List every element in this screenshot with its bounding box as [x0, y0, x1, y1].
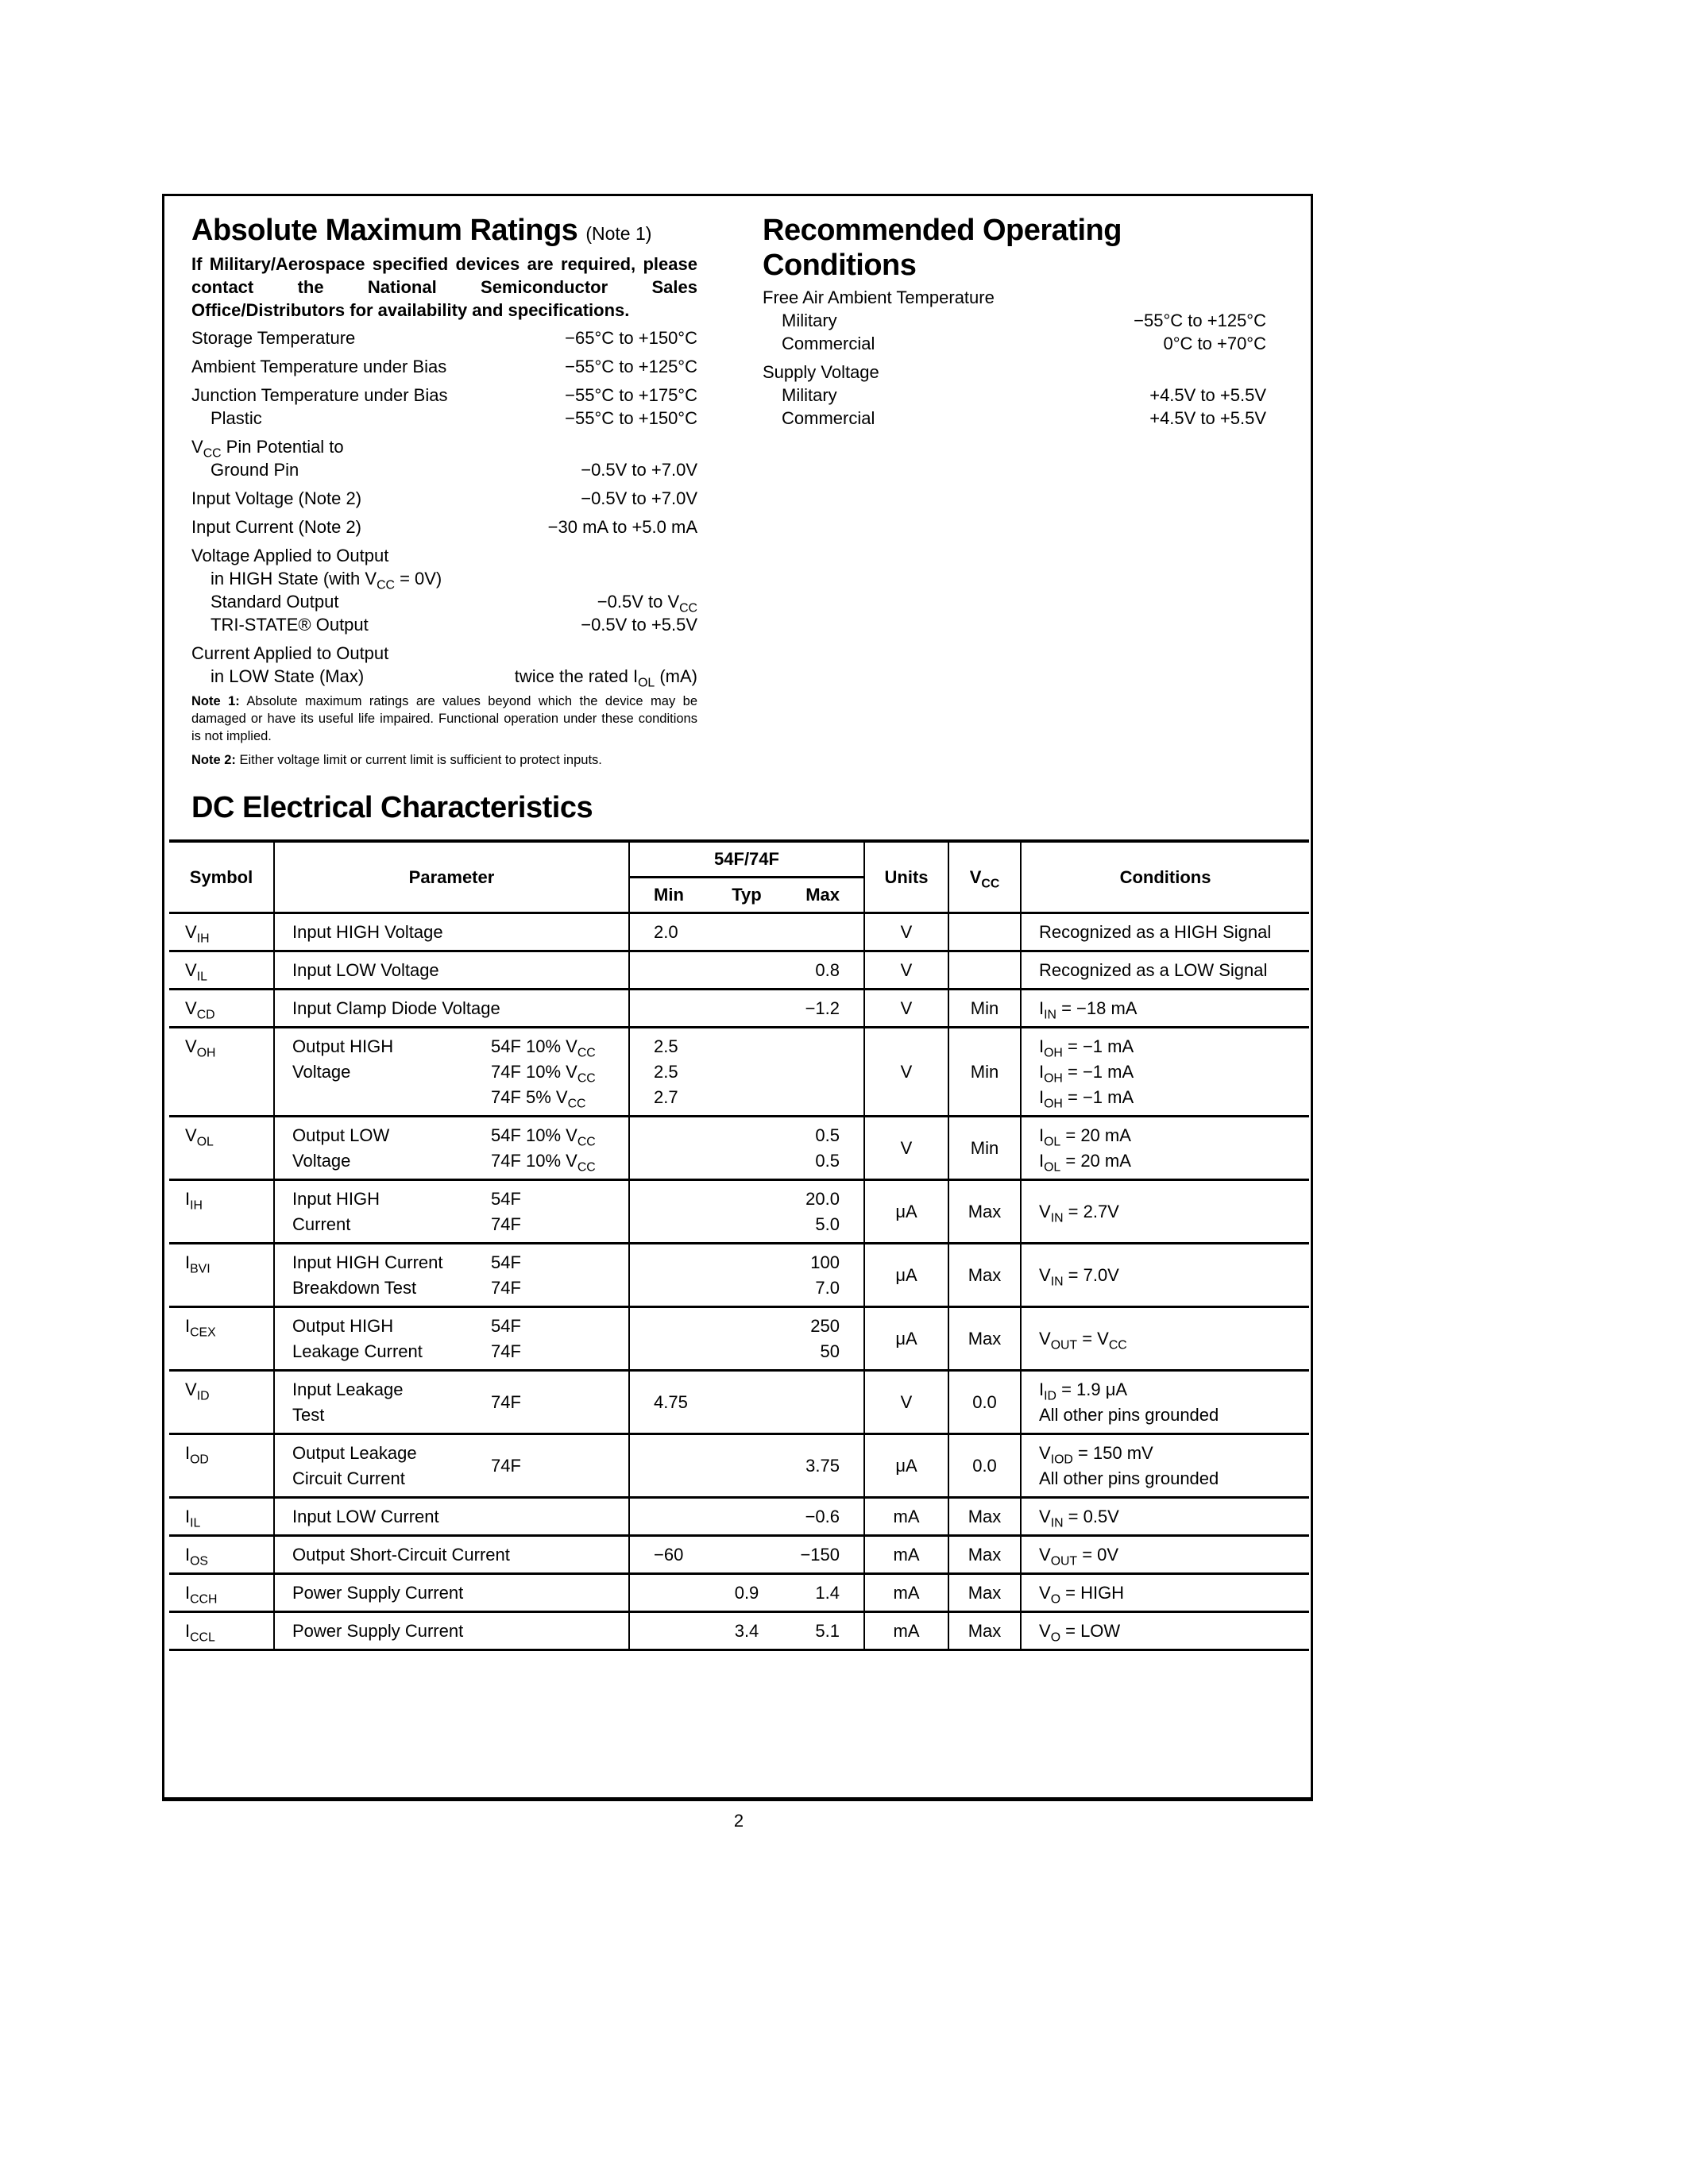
parameter-cell: Output HIGH54F 10% VCCVoltage74F 10% VCC…: [274, 1028, 629, 1117]
conditions-cell: VIOD = 150 mVAll other pins grounded: [1021, 1434, 1309, 1498]
units-cell: μA: [864, 1180, 948, 1244]
rating-label: Ground Pin: [211, 458, 299, 481]
min-typ-max-cell: 2.52.52.7: [629, 1028, 864, 1117]
table-row: VIHInput HIGH Voltage2.0VRecognized as a…: [169, 913, 1309, 951]
note-1: Note 1: Absolute maximum ratings are val…: [191, 693, 697, 745]
header-54f74f: 54F/74F: [629, 841, 864, 878]
vcc-cell: Max: [948, 1244, 1021, 1307]
header-units: Units: [864, 841, 948, 913]
conditions-cell: IIN = −18 mA: [1021, 990, 1309, 1028]
condition-value: −55°C to +125°C: [1134, 309, 1266, 332]
rating-label: in HIGH State (with VCC = 0V): [211, 567, 442, 590]
rating-value: −0.5V to +5.5V: [581, 613, 697, 636]
rating-row: Storage Temperature−65°C to +150°C: [191, 326, 697, 349]
vcc-cell: [948, 951, 1021, 990]
vcc-cell: Max: [948, 1574, 1021, 1612]
table-row: VOLOutput LOW54F 10% VCCVoltage74F 10% V…: [169, 1117, 1309, 1180]
rating-value: −30 mA to +5.0 mA: [548, 515, 697, 538]
condition-label: Commercial: [782, 407, 875, 430]
vcc-cell: Max: [948, 1498, 1021, 1536]
rating-row: TRI-STATE® Output−0.5V to +5.5V: [191, 613, 697, 636]
parameter-cell: Input LeakageTest74F: [274, 1371, 629, 1434]
units-cell: mA: [864, 1612, 948, 1650]
min-typ-max-cell: 20.05.0: [629, 1180, 864, 1244]
symbol-cell: VID: [169, 1371, 274, 1434]
rating-label: Input Voltage (Note 2): [191, 487, 361, 510]
vcc-cell: Max: [948, 1180, 1021, 1244]
rating-row: VCC Pin Potential to: [191, 435, 697, 458]
rating-label: Ambient Temperature under Bias: [191, 355, 446, 378]
parameter-cell: Input HIGH Current54FBreakdown Test74F: [274, 1244, 629, 1307]
table-row: IIHInput HIGH54FCurrent74F20.05.0μAMaxVI…: [169, 1180, 1309, 1244]
rating-label: Plastic: [211, 407, 262, 430]
min-typ-max-cell: −1.2: [629, 990, 864, 1028]
condition-label: Commercial: [782, 332, 875, 355]
symbol-cell: VOL: [169, 1117, 274, 1180]
parameter-cell: Output LeakageCircuit Current74F: [274, 1434, 629, 1498]
min-typ-max-cell: 0.50.5: [629, 1117, 864, 1180]
condition-row: Supply Voltage: [763, 361, 1266, 384]
rating-row: Voltage Applied to Output: [191, 544, 697, 567]
units-cell: mA: [864, 1536, 948, 1574]
absolute-max-ratings-list: Storage Temperature−65°C to +150°CAmbien…: [191, 326, 697, 688]
conditions-cell: VO = LOW: [1021, 1612, 1309, 1650]
rating-value: −55°C to +125°C: [565, 355, 697, 378]
rating-row: Input Voltage (Note 2)−0.5V to +7.0V: [191, 487, 697, 510]
conditions-cell: IOH = −1 mAIOH = −1 mAIOH = −1 mA: [1021, 1028, 1309, 1117]
rating-row: Input Current (Note 2)−30 mA to +5.0 mA: [191, 515, 697, 538]
min-typ-max-cell: −0.6: [629, 1498, 864, 1536]
vcc-cell: 0.0: [948, 1434, 1021, 1498]
header-vcc: VCC: [948, 841, 1021, 913]
min-typ-max-cell: 1007.0: [629, 1244, 864, 1307]
parameter-cell: Input HIGH54FCurrent74F: [274, 1180, 629, 1244]
min-typ-max-cell: 0.8: [629, 951, 864, 990]
vcc-cell: Max: [948, 1612, 1021, 1650]
min-typ-max-cell: 25050: [629, 1307, 864, 1371]
rating-label: Input Current (Note 2): [191, 515, 361, 538]
absolute-max-section: Absolute Maximum Ratings (Note 1) If Mil…: [191, 213, 697, 769]
units-cell: V: [864, 990, 948, 1028]
rating-row: Current Applied to Output: [191, 642, 697, 665]
rating-label: Junction Temperature under Bias: [191, 384, 447, 407]
rating-label: in LOW State (Max): [211, 665, 364, 688]
rating-label: Standard Output: [211, 590, 338, 613]
condition-row: Free Air Ambient Temperature: [763, 286, 1266, 309]
units-cell: V: [864, 1117, 948, 1180]
table-row: IILInput LOW Current−0.6mAMaxVIN = 0.5V: [169, 1498, 1309, 1536]
conditions-cell: Recognized as a HIGH Signal: [1021, 913, 1309, 951]
conditions-cell: IOL = 20 mAIOL = 20 mA: [1021, 1117, 1309, 1180]
rating-row: Plastic−55°C to +150°C: [191, 407, 697, 430]
conditions-cell: VIN = 7.0V: [1021, 1244, 1309, 1307]
symbol-cell: VIH: [169, 913, 274, 951]
min-typ-max-cell: 4.75: [629, 1371, 864, 1434]
table-row: IODOutput LeakageCircuit Current74F3.75μ…: [169, 1434, 1309, 1498]
symbol-cell: VIL: [169, 951, 274, 990]
condition-row: Commercial0°C to +70°C: [763, 332, 1266, 355]
condition-row: Military+4.5V to +5.5V: [763, 384, 1266, 407]
conditions-cell: VIN = 0.5V: [1021, 1498, 1309, 1536]
units-cell: mA: [864, 1498, 948, 1536]
units-cell: μA: [864, 1434, 948, 1498]
table-row: ICCLPower Supply Current3.45.1mAMaxVO = …: [169, 1612, 1309, 1650]
vcc-cell: Max: [948, 1536, 1021, 1574]
condition-label: Military: [782, 384, 837, 407]
table-row: VCDInput Clamp Diode Voltage−1.2VMinIIN …: [169, 990, 1309, 1028]
parameter-cell: Output LOW54F 10% VCCVoltage74F 10% VCC: [274, 1117, 629, 1180]
rating-label: Current Applied to Output: [191, 642, 388, 665]
parameter-cell: Input LOW Current: [274, 1498, 629, 1536]
condition-row: Commercial+4.5V to +5.5V: [763, 407, 1266, 430]
table-row: IBVIInput HIGH Current54FBreakdown Test7…: [169, 1244, 1309, 1307]
page-number: 2: [0, 1811, 1477, 1831]
conditions-cell: VOUT = VCC: [1021, 1307, 1309, 1371]
symbol-cell: IIH: [169, 1180, 274, 1244]
vcc-cell: Min: [948, 990, 1021, 1028]
header-conditions: Conditions: [1021, 841, 1309, 913]
min-typ-max-cell: −60−150: [629, 1536, 864, 1574]
table-row: ICCHPower Supply Current0.91.4mAMaxVO = …: [169, 1574, 1309, 1612]
title-note: (Note 1): [585, 223, 651, 244]
condition-value: +4.5V to +5.5V: [1149, 384, 1266, 407]
vcc-cell: Max: [948, 1307, 1021, 1371]
units-cell: μA: [864, 1244, 948, 1307]
symbol-cell: IOD: [169, 1434, 274, 1498]
vcc-cell: [948, 913, 1021, 951]
parameter-cell: Output Short-Circuit Current: [274, 1536, 629, 1574]
conditions-cell: IID = 1.9 μAAll other pins grounded: [1021, 1371, 1309, 1434]
symbol-cell: ICCH: [169, 1574, 274, 1612]
vcc-cell: Min: [948, 1117, 1021, 1180]
condition-label: Military: [782, 309, 837, 332]
rating-label: TRI-STATE® Output: [211, 613, 369, 636]
rating-label: Storage Temperature: [191, 326, 355, 349]
rating-row: Junction Temperature under Bias−55°C to …: [191, 384, 697, 407]
symbol-cell: VCD: [169, 990, 274, 1028]
parameter-cell: Input HIGH Voltage: [274, 913, 629, 951]
table-row: VILInput LOW Voltage0.8VRecognized as a …: [169, 951, 1309, 990]
header-min-typ-max: Min Typ Max: [629, 878, 864, 913]
dc-characteristics-table: Symbol Parameter 54F/74F Units VCC Condi…: [169, 839, 1309, 1651]
units-cell: V: [864, 951, 948, 990]
units-cell: μA: [864, 1307, 948, 1371]
note-2: Note 2: Either voltage limit or current …: [191, 751, 697, 769]
recommended-conditions-list: Free Air Ambient TemperatureMilitary−55°…: [763, 286, 1266, 430]
rating-value: −65°C to +150°C: [565, 326, 697, 349]
units-cell: V: [864, 1028, 948, 1117]
absolute-max-title: Absolute Maximum Ratings (Note 1): [191, 213, 697, 251]
conditions-cell: Recognized as a LOW Signal: [1021, 951, 1309, 990]
symbol-cell: IBVI: [169, 1244, 274, 1307]
min-typ-max-cell: 3.75: [629, 1434, 864, 1498]
recommended-title: Recommended Operating Conditions: [763, 213, 1266, 283]
rating-row: Ambient Temperature under Bias−55°C to +…: [191, 355, 697, 378]
rating-value: −0.5V to VCC: [597, 590, 697, 613]
rating-label: VCC Pin Potential to: [191, 435, 344, 458]
vcc-cell: Min: [948, 1028, 1021, 1117]
parameter-cell: Power Supply Current: [274, 1574, 629, 1612]
rating-row: in HIGH State (with VCC = 0V): [191, 567, 697, 590]
min-typ-max-cell: 0.91.4: [629, 1574, 864, 1612]
symbol-cell: ICEX: [169, 1307, 274, 1371]
rating-value: twice the rated IOL (mA): [515, 665, 697, 688]
rating-row: in LOW State (Max)twice the rated IOL (m…: [191, 665, 697, 688]
rating-label: Voltage Applied to Output: [191, 544, 388, 567]
rating-value: −55°C to +150°C: [565, 407, 697, 430]
condition-value: +4.5V to +5.5V: [1149, 407, 1266, 430]
military-notice: If Military/Aerospace specified devices …: [191, 253, 697, 322]
units-cell: V: [864, 913, 948, 951]
conditions-cell: VIN = 2.7V: [1021, 1180, 1309, 1244]
conditions-cell: VO = HIGH: [1021, 1574, 1309, 1612]
rating-value: −0.5V to +7.0V: [581, 487, 697, 510]
parameter-cell: Power Supply Current: [274, 1612, 629, 1650]
min-typ-max-cell: 2.0: [629, 913, 864, 951]
parameter-cell: Input Clamp Diode Voltage: [274, 990, 629, 1028]
units-cell: mA: [864, 1574, 948, 1612]
rating-row: Standard Output−0.5V to VCC: [191, 590, 697, 613]
rating-row: Ground Pin−0.5V to +7.0V: [191, 458, 697, 481]
table-row: IOSOutput Short-Circuit Current−60−150mA…: [169, 1536, 1309, 1574]
symbol-cell: VOH: [169, 1028, 274, 1117]
min-typ-max-cell: 3.45.1: [629, 1612, 864, 1650]
units-cell: V: [864, 1371, 948, 1434]
rating-value: −0.5V to +7.0V: [581, 458, 697, 481]
condition-value: 0°C to +70°C: [1164, 332, 1267, 355]
table-row: VIDInput LeakageTest74F4.75V0.0IID = 1.9…: [169, 1371, 1309, 1434]
rating-value: −55°C to +175°C: [565, 384, 697, 407]
table-row: ICEXOutput HIGH54FLeakage Current74F2505…: [169, 1307, 1309, 1371]
symbol-cell: IIL: [169, 1498, 274, 1536]
symbol-cell: IOS: [169, 1536, 274, 1574]
vcc-cell: 0.0: [948, 1371, 1021, 1434]
condition-row: Military−55°C to +125°C: [763, 309, 1266, 332]
recommended-section: Recommended Operating Conditions Free Ai…: [763, 213, 1266, 430]
table-row: VOHOutput HIGH54F 10% VCCVoltage74F 10% …: [169, 1028, 1309, 1117]
dc-title: DC Electrical Characteristics: [191, 790, 593, 825]
header-symbol: Symbol: [169, 841, 274, 913]
parameter-cell: Output HIGH54FLeakage Current74F: [274, 1307, 629, 1371]
parameter-cell: Input LOW Voltage: [274, 951, 629, 990]
symbol-cell: ICCL: [169, 1612, 274, 1650]
condition-label: Free Air Ambient Temperature: [763, 286, 995, 309]
header-parameter: Parameter: [274, 841, 629, 913]
condition-label: Supply Voltage: [763, 361, 879, 384]
conditions-cell: VOUT = 0V: [1021, 1536, 1309, 1574]
